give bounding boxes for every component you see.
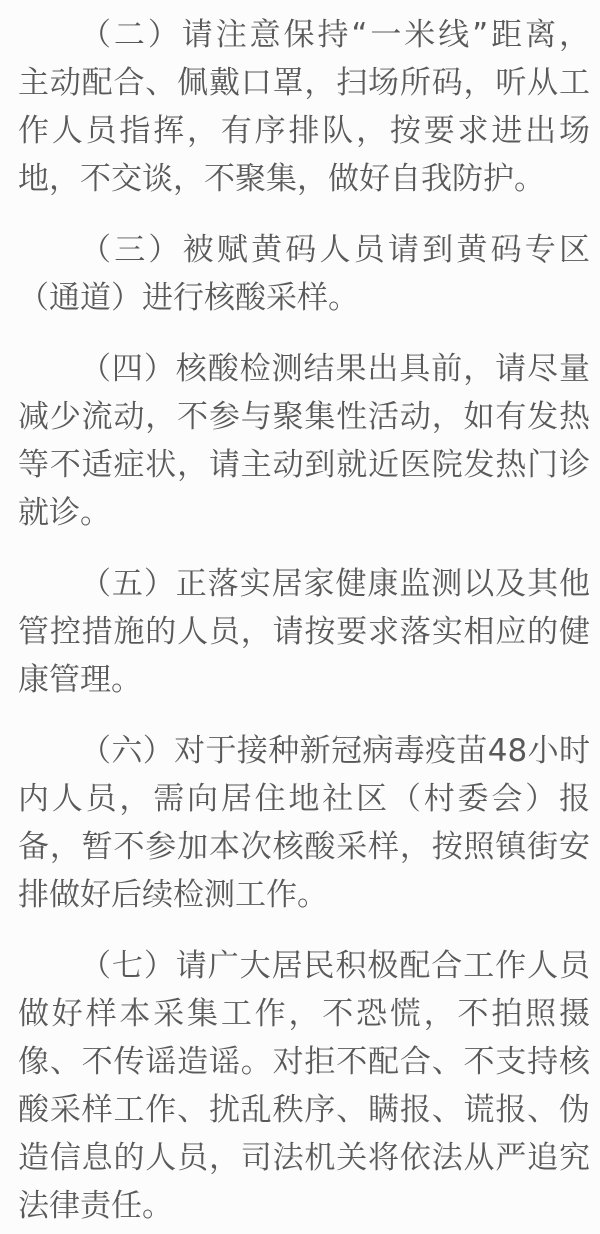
text-line: 做好样本采集工作，不恐慌，不拍照摄 [18,990,590,1038]
text-line: 就诊。 [18,489,590,537]
text-line: （六）对于接种新冠病毒疫苗48小时 [18,727,590,775]
text-line: （七）请广大居民积极配合工作人员 [18,942,590,990]
paragraph-item-2: （二）请注意保持“一米线”距离， 主动配合、佩戴口罩，扫场所码，听从工 作人员指… [18,11,590,203]
text-line: （五）正落实居家健康监测以及其他 [18,560,590,608]
text-line: 酸采样工作、扰乱秩序、瞒报、谎报、伪 [18,1086,590,1134]
paragraph-item-6: （六）对于接种新冠病毒疫苗48小时 内人员，需向居住地社区（村委会）报 备，暂不… [18,727,590,919]
text-line: （四）核酸检测结果出具前，请尽量 [18,345,590,393]
text-line: 康管理。 [18,656,590,704]
text-line: 排做好后续检测工作。 [18,871,590,919]
text-line: 管控措施的人员，请按要求落实相应的健 [18,608,590,656]
text-line: 减少流动，不参与聚集性活动，如有发热 [18,393,590,441]
text-line: 造信息的人员，司法机关将依法从严追究 [18,1134,590,1182]
paragraph-item-7: （七）请广大居民积极配合工作人员 做好样本采集工作，不恐慌，不拍照摄 像、不传谣… [18,942,590,1230]
text-line: 备，暂不参加本次核酸采样，按照镇街安 [18,823,590,871]
text-line: （三）被赋黄码人员请到黄码专区 [18,226,590,274]
paragraph-item-4: （四）核酸检测结果出具前，请尽量 减少流动，不参与聚集性活动，如有发热 等不适症… [18,345,590,537]
notice-body: （二）请注意保持“一米线”距离， 主动配合、佩戴口罩，扫场所码，听从工 作人员指… [18,11,590,1230]
text-line: 地，不交谈，不聚集，做好自我防护。 [18,155,590,203]
paragraph-item-3: （三）被赋黄码人员请到黄码专区 （通道）进行核酸采样。 [18,226,590,322]
text-line: 作人员指挥，有序排队，按要求进出场 [18,107,590,155]
text-line: （二）请注意保持“一米线”距离， [18,11,590,59]
text-line: 等不适症状，请主动到就近医院发热门诊 [18,441,590,489]
notice-document: （二）请注意保持“一米线”距离， 主动配合、佩戴口罩，扫场所码，听从工 作人员指… [0,0,600,1234]
text-line: （通道）进行核酸采样。 [18,274,590,322]
text-line: 像、不传谣造谣。对拒不配合、不支持核 [18,1038,590,1086]
paragraph-item-5: （五）正落实居家健康监测以及其他 管控措施的人员，请按要求落实相应的健 康管理。 [18,560,590,704]
text-line: 主动配合、佩戴口罩，扫场所码，听从工 [18,59,590,107]
text-line: 法律责任。 [18,1182,590,1230]
text-line: 内人员，需向居住地社区（村委会）报 [18,775,590,823]
